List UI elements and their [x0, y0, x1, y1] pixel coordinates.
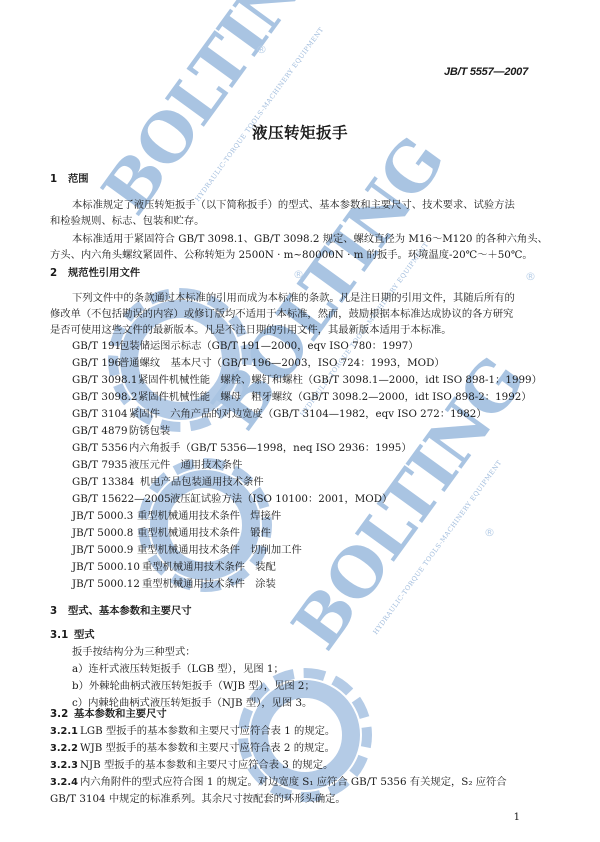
- clause: 3.2.1LGB 型扳手的基本参数和主要尺寸应符合表 1 的规定。: [50, 724, 335, 739]
- clause-number: 3.2.2: [50, 742, 80, 756]
- section-heading-2: 2规范性引用文件: [50, 266, 140, 280]
- reference-item: GB/T 7935液压元件 通用技术条件: [72, 458, 242, 472]
- reference-code: GB/T 3098.2: [72, 390, 138, 404]
- page-number: 1: [514, 812, 520, 823]
- reference-code: JB/T 5000.3: [72, 509, 137, 523]
- paragraph-line: GB/T 3104 中规定的标准系列。其余尺寸按配套的环形头确定。: [50, 792, 346, 806]
- paragraph-line: 本标准规定了液压转矩扳手（以下简称扳手）的型式、基本参数和主要尺寸、技术要求、试…: [72, 198, 515, 212]
- reference-item: GB/T 191包装储运图示标志（GB/T 191—2000，eqv ISO 7…: [72, 339, 419, 353]
- reference-code: GB/T 196: [72, 356, 119, 370]
- paragraph-line: 修改单（不包括勘误的内容）或修订版均不适用于本标准，然而，鼓励根据本标准达成协议…: [50, 307, 513, 321]
- reference-title: 液压缸试验方法（ISO 10100：2001，MOD）: [170, 493, 392, 505]
- reference-item: JB/T 5000.3重型机械通用技术条件 焊接件: [72, 509, 281, 523]
- reference-item: JB/T 5000.10重型机械通用技术条件 装配: [72, 560, 276, 574]
- document-page: JB/T 5557—2007 液压转矩扳手 1范围 本标准规定了液压转矩扳手（以…: [0, 0, 600, 842]
- clause: 3.2.3NJB 型扳手的基本参数和主要尺寸应符合表 3 的规定。: [50, 758, 333, 773]
- reference-item: JB/T 5000.12重型机械通用技术条件 涂装: [72, 577, 276, 591]
- reference-code: JB/T 5000.9: [72, 543, 137, 557]
- reference-code: JB/T 5000.10: [72, 560, 142, 574]
- reference-item: GB/T 3098.2紧固件机械性能 螺母 粗牙螺纹（GB/T 3098.2—2…: [72, 390, 532, 404]
- clause-number: 3.2.4: [50, 776, 80, 790]
- reference-code: JB/T 5000.8: [72, 526, 137, 540]
- reference-code: GB/T 5356: [72, 441, 129, 455]
- reference-code: GB/T 3098.1: [72, 373, 138, 387]
- reference-title: 内六角扳手（GB/T 5356—1998，neq ISO 2936：1995）: [129, 442, 412, 454]
- standard-code: JB/T 5557—2007: [444, 66, 528, 78]
- subsection-heading-3-2: 3.2基本参数和主要尺寸: [50, 707, 167, 721]
- reference-code: GB/T 3104: [72, 407, 129, 421]
- reference-item: JB/T 5000.8重型机械通用技术条件 锻件: [72, 526, 271, 540]
- document-title: 液压转矩扳手: [0, 121, 600, 143]
- list-item: b）外棘轮曲柄式液压转矩扳手（WJB 型），见图 2；: [72, 679, 315, 693]
- reference-code: JB/T 5000.12: [72, 577, 142, 591]
- reference-title: 普通螺纹 基本尺寸（GB/T 196—2003，ISO 724：1993，MOD…: [119, 357, 445, 369]
- reference-code: GB/T 7935: [72, 458, 129, 472]
- section-number: 2: [50, 266, 68, 280]
- reference-title: 重型机械通用技术条件 装配: [142, 561, 276, 573]
- reference-code: GB/T 15622—2005: [72, 492, 170, 506]
- paragraph-line: 扳手按结构分为三种型式：: [72, 645, 196, 659]
- reference-title: 重型机械通用技术条件 锻件: [137, 527, 271, 539]
- reference-title: 机电产品包装通用技术条件: [140, 476, 264, 488]
- paragraph-line: 方头、内六角头螺纹紧固件、公称转矩为 2500N · m~80000N · m …: [50, 248, 533, 262]
- clause: 3.2.4内六角附件的型式应符合图 1 的规定。对边宽度 S₁ 应符合 GB/T…: [50, 775, 507, 790]
- section-title: 规范性引用文件: [68, 267, 140, 279]
- reference-item: GB/T 3104紧固件 六角产品的对边宽度（GB/T 3104—1982，eq…: [72, 407, 487, 421]
- reference-title: 液压元件 通用技术条件: [129, 459, 242, 471]
- reference-title: 防锈包装: [129, 425, 170, 437]
- reference-item: GB/T 5356内六角扳手（GB/T 5356—1998，neq ISO 29…: [72, 441, 412, 455]
- reference-item: GB/T 13384机电产品包装通用技术条件: [72, 475, 264, 489]
- reference-title: 重型机械通用技术条件 焊接件: [137, 510, 281, 522]
- subsection-title: 型式: [74, 629, 95, 641]
- reference-code: GB/T 191: [72, 339, 119, 353]
- subsection-number: 3.2: [50, 707, 74, 721]
- reference-title: 重型机械通用技术条件 涂装: [142, 578, 276, 590]
- clause-text: 内六角附件的型式应符合图 1 的规定。对边宽度 S₁ 应符合 GB/T 5356…: [80, 776, 507, 788]
- reference-code: GB/T 4879: [72, 424, 129, 438]
- reference-title: 紧固件机械性能 螺栓、螺钉和螺柱（GB/T 3098.1—2000，idt IS…: [138, 374, 542, 386]
- clause-text: NJB 型扳手的基本参数和主要尺寸应符合表 3 的规定。: [80, 759, 333, 771]
- section-heading-3: 3型式、基本参数和主要尺寸: [50, 604, 192, 618]
- reference-code: GB/T 13384: [72, 475, 140, 489]
- clause-number: 3.2.3: [50, 759, 80, 773]
- reference-item: GB/T 3098.1紧固件机械性能 螺栓、螺钉和螺柱（GB/T 3098.1—…: [72, 373, 542, 387]
- reference-item: GB/T 4879防锈包装: [72, 424, 170, 438]
- section-heading-1: 1范围: [50, 172, 89, 186]
- section-number: 1: [50, 172, 68, 186]
- reference-title: 紧固件 六角产品的对边宽度（GB/T 3104—1982，eqv ISO 272…: [129, 408, 487, 420]
- paragraph-line: 和检验规则、标志、包装和贮存。: [50, 214, 204, 228]
- reference-item: GB/T 15622—2005液压缸试验方法（ISO 10100：2001，MO…: [72, 492, 392, 506]
- reference-item: GB/T 196普通螺纹 基本尺寸（GB/T 196—2003，ISO 724：…: [72, 356, 445, 370]
- reference-title: 包装储运图示标志（GB/T 191—2000，eqv ISO 780：1997）: [119, 340, 419, 352]
- paragraph-line: 下列文件中的条款通过本标准的引用而成为本标准的条款。凡是注日期的引用文件，其随后…: [72, 291, 515, 305]
- paragraph-line: 是否可使用这些文件的最新版本。凡是不注日期的引用文件，其最新版本适用于本标准。: [50, 323, 452, 337]
- list-item: a）连杆式液压转矩扳手（LGB 型），见图 1；: [72, 662, 284, 676]
- section-number: 3: [50, 604, 68, 618]
- reference-item: JB/T 5000.9重型机械通用技术条件 切削加工件: [72, 543, 302, 557]
- clause: 3.2.2WJB 型扳手的基本参数和主要尺寸应符合表 2 的规定。: [50, 741, 335, 756]
- clause-text: WJB 型扳手的基本参数和主要尺寸应符合表 2 的规定。: [80, 742, 335, 754]
- subsection-heading-3-1: 3.1型式: [50, 628, 95, 642]
- reference-title: 重型机械通用技术条件 切削加工件: [137, 544, 302, 556]
- section-title: 范围: [68, 173, 89, 185]
- paragraph-line: 本标准适用于紧固符合 GB/T 3098.1、GB/T 3098.2 规定、螺纹…: [72, 232, 548, 246]
- subsection-number: 3.1: [50, 628, 74, 642]
- clause-number: 3.2.1: [50, 725, 80, 739]
- section-title: 型式、基本参数和主要尺寸: [68, 605, 192, 617]
- clause-text: LGB 型扳手的基本参数和主要尺寸应符合表 1 的规定。: [80, 725, 335, 737]
- reference-title: 紧固件机械性能 螺母 粗牙螺纹（GB/T 3098.2—2000，idt ISO…: [138, 391, 532, 403]
- subsection-title: 基本参数和主要尺寸: [74, 708, 167, 720]
